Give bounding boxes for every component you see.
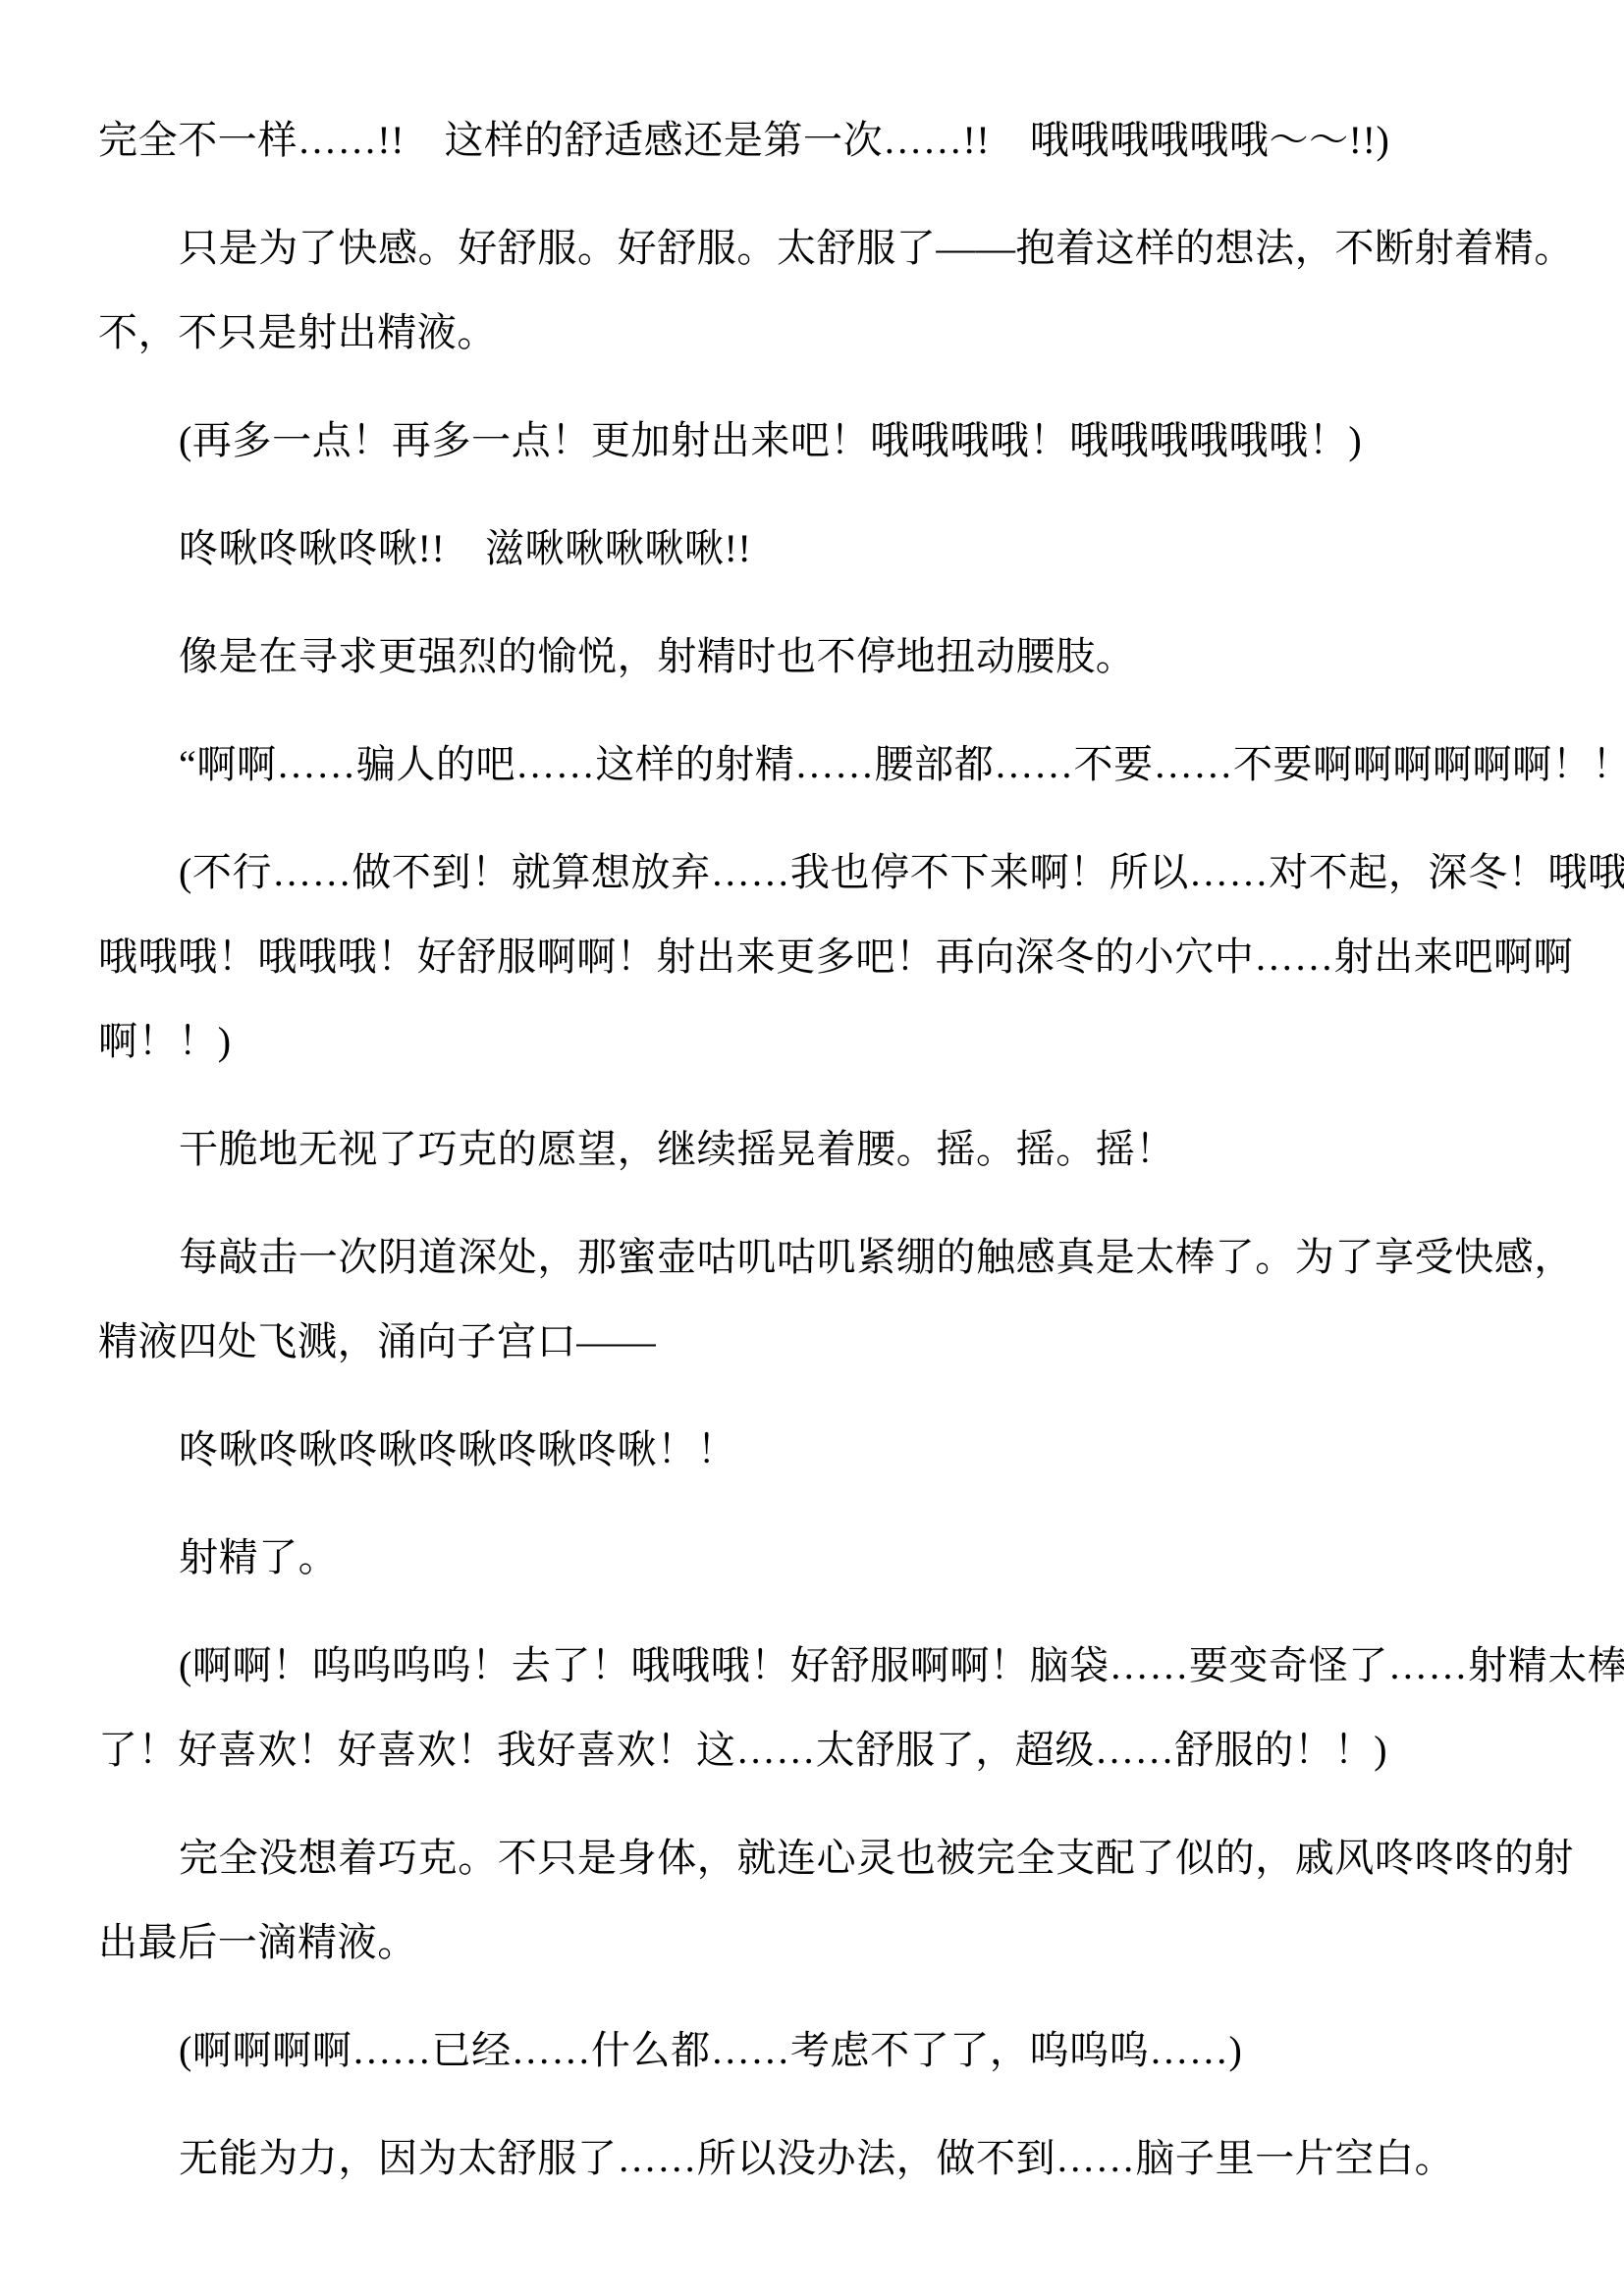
text-line: 咚啾咚啾咚啾咚啾咚啾咚啾！！ xyxy=(98,1408,1536,1492)
text-line: 像是在寻求更强烈的愉悦，射精时也不停地扭动腰肢。 xyxy=(98,614,1536,699)
text-line: 啊！！) xyxy=(98,999,1536,1084)
text-line: 咚啾咚啾咚啾!! 滋啾啾啾啾啾!! xyxy=(98,507,1536,591)
text-line: 每敲击一次阴道深处，那蜜壶咕叽咕叽紧绷的触感真是太棒了。为了享受快感， xyxy=(98,1215,1536,1300)
text-line: 了！好喜欢！好喜欢！我好喜欢！这……太舒服了，超级……舒服的！！) xyxy=(98,1708,1536,1792)
text-line: 哦哦哦！哦哦哦！好舒服啊啊！射出来更多吧！再向深冬的小穴中……射出来吧啊啊 xyxy=(98,915,1536,999)
text-line: 完全不一样……!! 这样的舒适感还是第一次……!! 哦哦哦哦哦哦～～!!) xyxy=(98,98,1536,183)
text-line: 完全没想着巧克。不只是身体，就连心灵也被完全支配了似的，戚风咚咚咚的射 xyxy=(98,1816,1536,1900)
document-page: 完全不一样……!! 这样的舒适感还是第一次……!! 哦哦哦哦哦哦～～!!) 只是… xyxy=(0,0,1624,2296)
text-line: 无能为力，因为太舒服了……所以没办法，做不到……脑子里一片空白。 xyxy=(98,2116,1536,2201)
text-line: “啊啊……骗人的吧……这样的射精……腰部都……不要……不要啊啊啊啊啊啊！！” xyxy=(98,722,1536,807)
text-line: 不，不只是射出精液。 xyxy=(98,291,1536,375)
text-line: 出最后一滴精液。 xyxy=(98,1900,1536,1985)
text-line: (不行……做不到！就算想放弃……我也停不下来啊！所以……对不起，深冬！哦哦 xyxy=(98,830,1536,915)
text-line: (再多一点！再多一点！更加射出来吧！哦哦哦哦！哦哦哦哦哦哦！) xyxy=(98,399,1536,483)
text-line: 只是为了快感。好舒服。好舒服。太舒服了——抱着这样的想法，不断射着精。 xyxy=(98,206,1536,291)
text-line: 干脆地无视了巧克的愿望，继续摇晃着腰。摇。摇。摇！ xyxy=(98,1107,1536,1192)
text-line: (啊啊啊啊……已经……什么都……考虑不了了，呜呜呜……) xyxy=(98,2008,1536,2093)
text-line: 射精了。 xyxy=(98,1516,1536,1600)
text-line: 精液四处飞溅，涌向子宫口—— xyxy=(98,1300,1536,1384)
text-line: (啊啊！呜呜呜呜！去了！哦哦哦！好舒服啊啊！脑袋……要变奇怪了……射精太棒 xyxy=(98,1624,1536,1708)
